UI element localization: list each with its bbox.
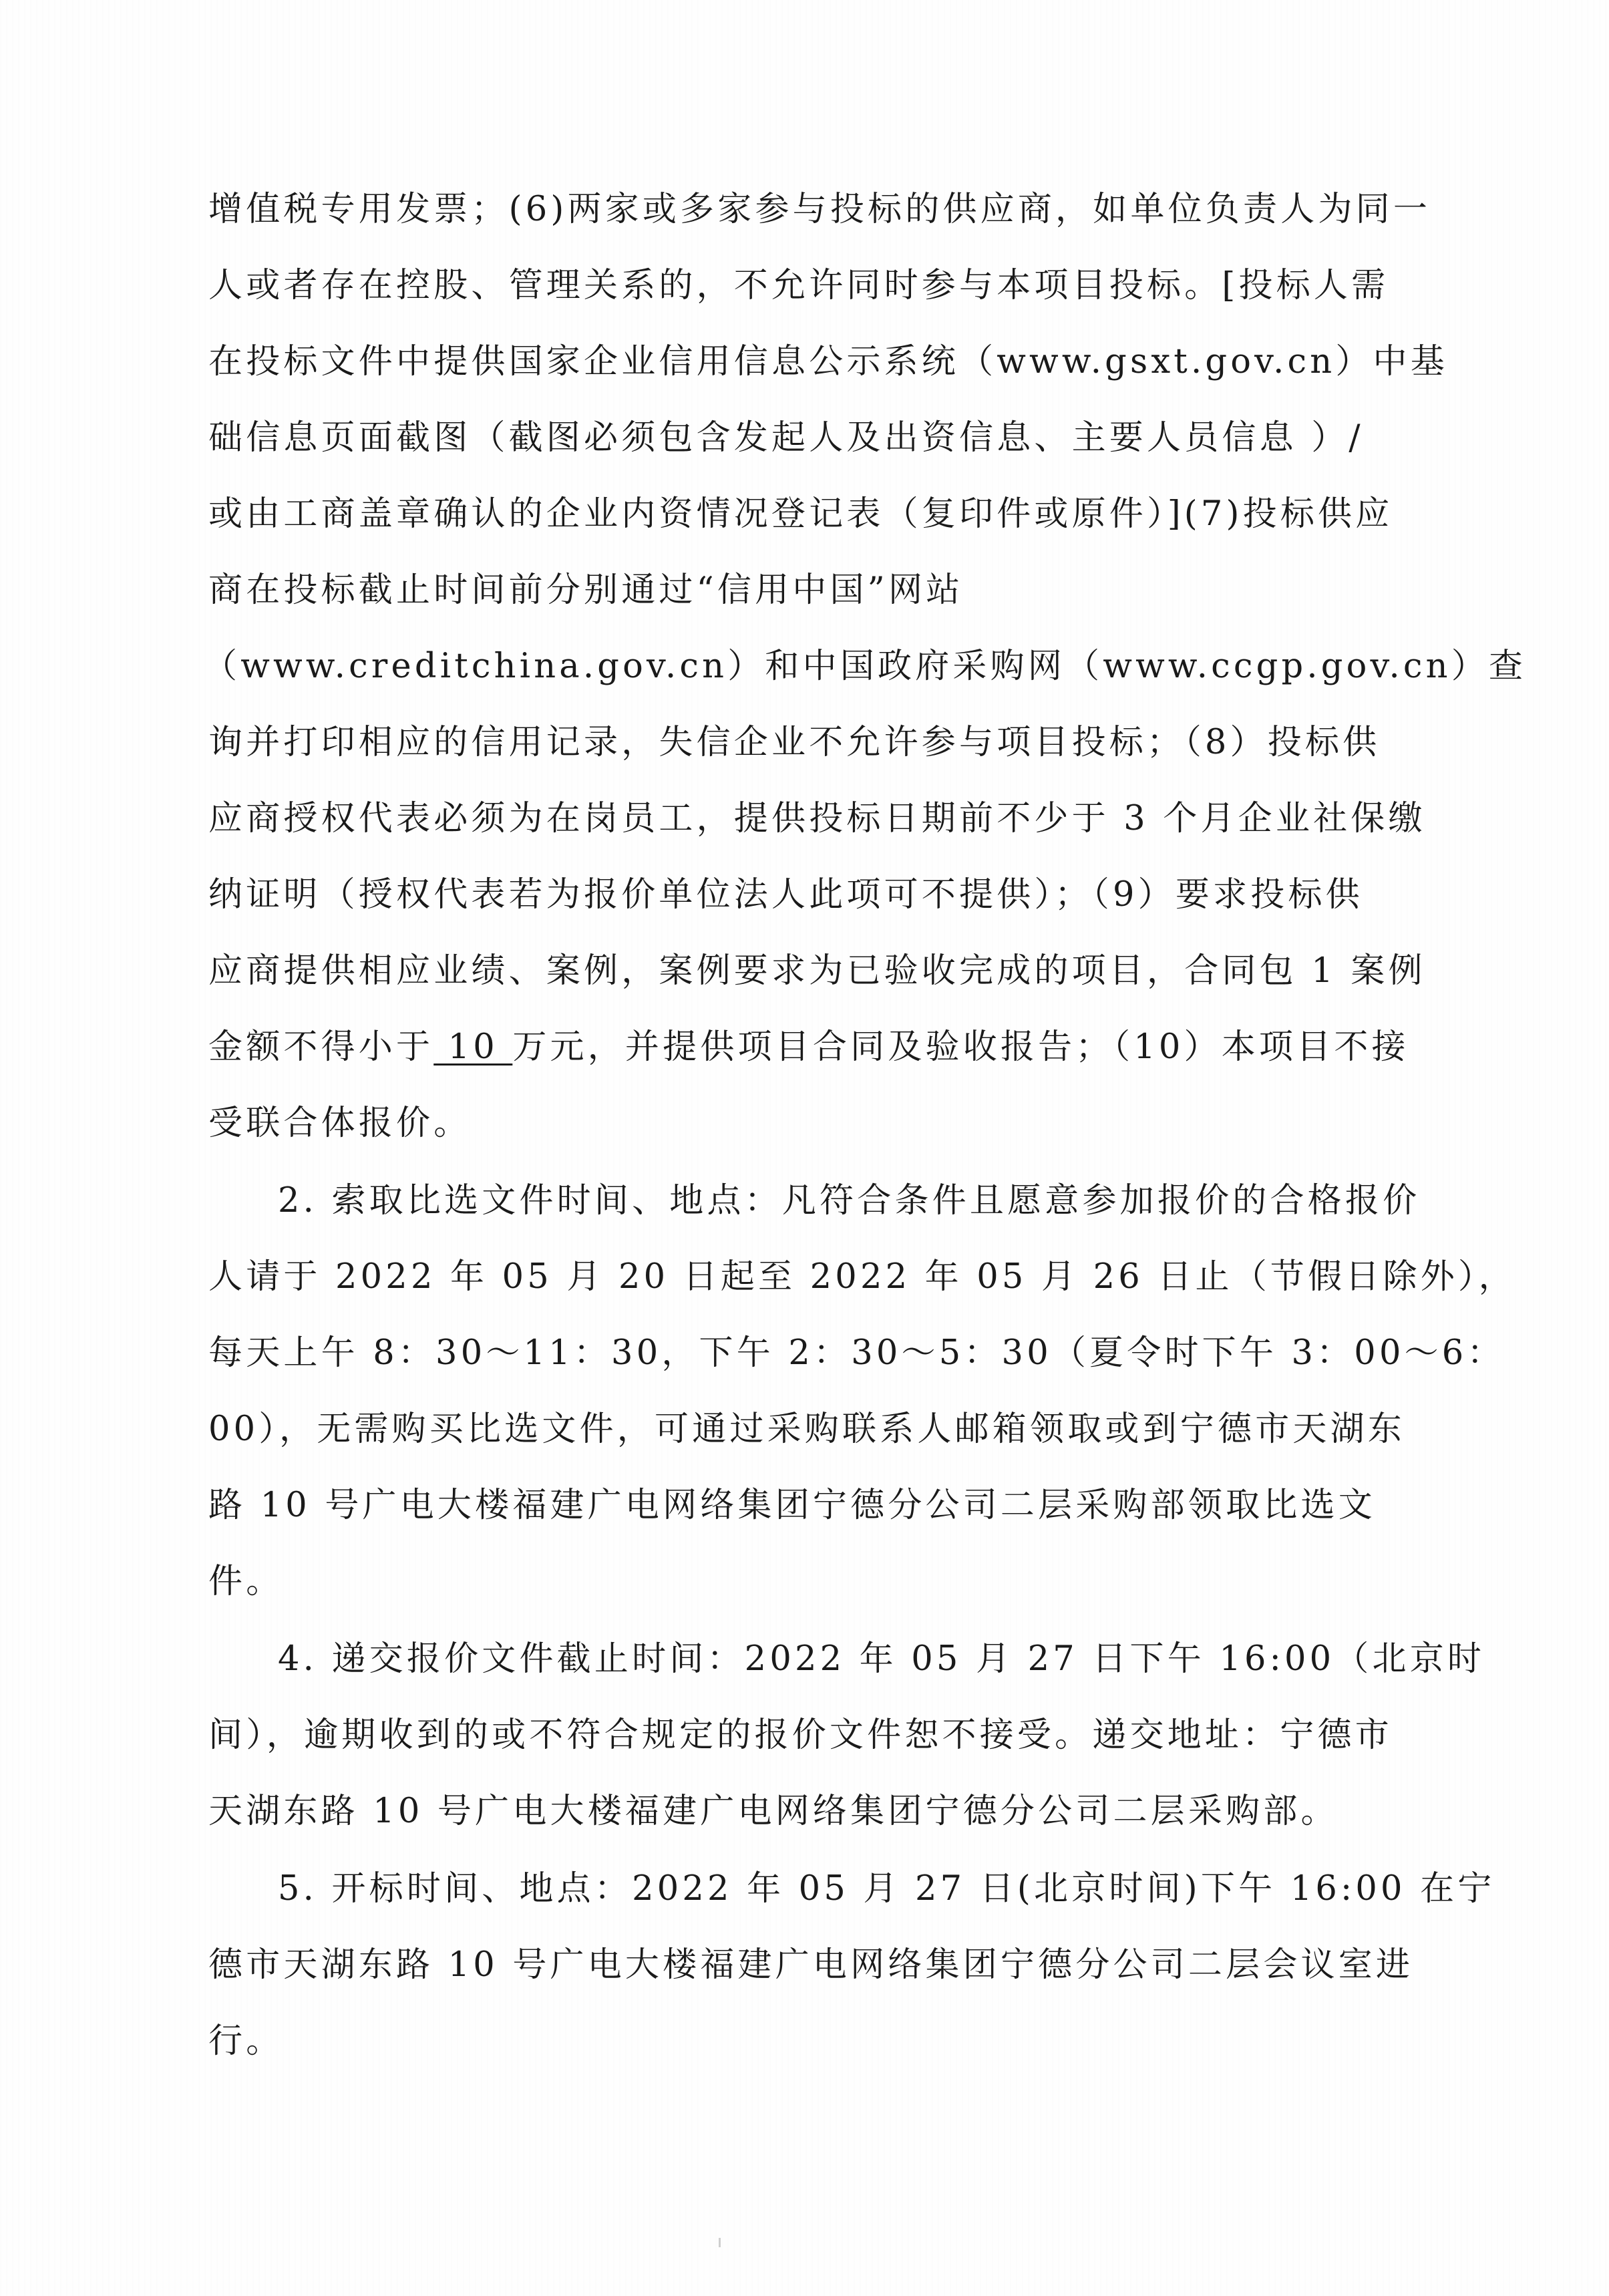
- text-line: 行。: [208, 2021, 283, 2062]
- text-line-min-amount: 金额不得小于 10 万元，并提供项目合同及验收报告；（10）本项目不接: [208, 1027, 1409, 1068]
- section-heading-line: 4. 递交报价文件截止时间：2022 年 05 月 27 日下午 16:00（北…: [278, 1639, 1485, 1679]
- text-line: 人请于 2022 年 05 月 20 日起至 2022 年 05 月 26 日止…: [208, 1257, 1516, 1297]
- text-line: 应商提供相应业绩、案例，案例要求为已验收完成的项目，合同包 1 案例: [208, 951, 1426, 991]
- text-line: 人或者存在控股、管理关系的，不允许同时参与本项目投标。[投标人需: [208, 266, 1389, 306]
- text-line: 询并打印相应的信用记录，失信企业不允许参与项目投标；（8）投标供: [208, 723, 1380, 763]
- section-heading-line: 5. 开标时间、地点：2022 年 05 月 27 日(北京时间)下午 16:0…: [278, 1869, 1495, 1909]
- text-line: 路 10 号广电大楼福建广电网络集团宁德分公司二层采购部领取比选文: [208, 1486, 1376, 1526]
- text-line: 件。: [208, 1562, 283, 1602]
- text-line: 00），无需购买比选文件，可通过采购联系人邮箱领取或到宁德市天湖东: [208, 1410, 1405, 1450]
- document-page: 增值税专用发票；(6)两家或多家参与投标的供应商，如单位负责人为同一 人或者存在…: [0, 0, 1609, 2296]
- text-line-urls: （www.creditchina.gov.cn）和中国政府采购网（www.ccg…: [203, 647, 1526, 687]
- text-segment: 金额不得小于: [208, 1027, 433, 1067]
- text-line: 德市天湖东路 10 号广电大楼福建广电网络集团宁德分公司二层会议室进: [208, 1945, 1413, 1985]
- text-segment: 万元，并提供项目合同及验收报告；（10）本项目不接: [512, 1027, 1409, 1067]
- text-line: 每天上午 8：30～11：30，下午 2：30～5：30（夏令时下午 3：00～…: [208, 1333, 1505, 1373]
- scan-artifact-mark: [719, 2238, 721, 2247]
- text-line: 天湖东路 10 号广电大楼福建广电网络集团宁德分公司二层采购部。: [208, 1792, 1338, 1832]
- text-line: 受联合体报价。: [208, 1104, 471, 1144]
- text-line: 应商授权代表必须为在岗员工，提供投标日期前不少于 3 个月企业社保缴: [208, 799, 1426, 839]
- text-line: 或由工商盖章确认的企业内资情况登记表（复印件或原件）](7)投标供应: [208, 494, 1393, 534]
- text-line: 增值税专用发票；(6)两家或多家参与投标的供应商，如单位负责人为同一: [208, 190, 1431, 230]
- text-line: 间），逾期收到的或不符合规定的报价文件恕不接受。递交地址：宁德市: [208, 1715, 1393, 1756]
- text-line: 础信息页面截图（截图必须包含发起人及出资信息、主要人员信息 ）/: [208, 418, 1364, 458]
- text-line: 商在投标截止时间前分别通过“信用中国”网站: [208, 570, 963, 611]
- text-line: 纳证明（授权代表若为报价单位法人此项可不提供）；（9）要求投标供: [208, 875, 1363, 915]
- underlined-amount: 10: [433, 1027, 512, 1067]
- text-line: 在投标文件中提供国家企业信用信息公示系统（www.gsxt.gov.cn）中基: [208, 342, 1448, 382]
- section-heading-line: 2. 索取比选文件时间、地点：凡符合条件且愿意参加报价的合格报价: [278, 1181, 1420, 1221]
